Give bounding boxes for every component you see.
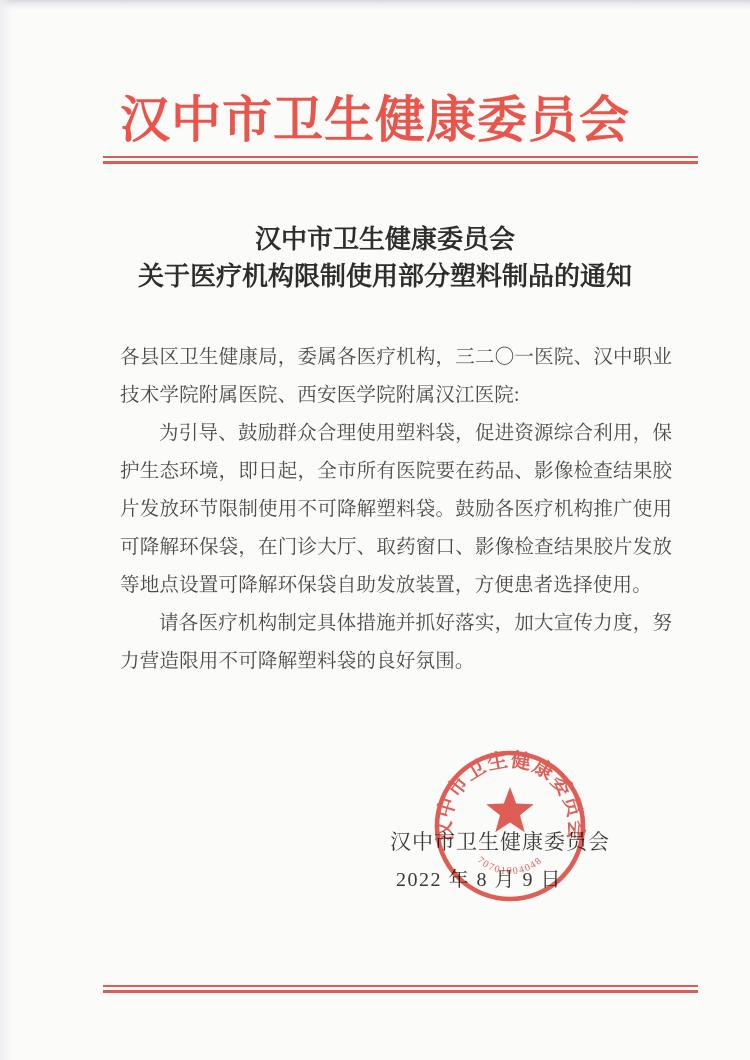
scanned-document-page: { "theme": { "paper": "#fbfbfa", "header… [0, 0, 750, 1060]
body-line: 为引导、鼓励群众合理使用塑料袋，促进资源综合利用，保 [120, 415, 672, 453]
notice-title-line1: 汉中市卫生健康委员会 [60, 221, 710, 258]
svg-text:70701004048: 70701004048 [475, 855, 545, 877]
body-line: 技术学院附属医院、西安医学院附属汉江医院: [120, 377, 672, 415]
body-line: 等地点设置可降解环保袋自助发放装置，方便患者选择使用。 [120, 567, 672, 605]
body-line: 各县区卫生健康局，委属各医疗机构，三二〇一医院、汉中职业 [120, 339, 672, 377]
letterhead-org-name: 汉中市卫生健康委员会 [0, 80, 750, 152]
body-line: 力营造限用不可降解塑料袋的良好氛围。 [120, 643, 672, 681]
body-line: 片发放环节限制使用不可降解塑料袋。鼓励各医疗机构推广使用 [120, 491, 672, 529]
scan-edge-top [0, 0, 750, 10]
body-line: 请各医疗机构制定具体措施并抓好落实，加大宣传力度，努 [120, 605, 672, 643]
footer-divider [103, 985, 698, 993]
notice-title: 汉中市卫生健康委员会 关于医疗机构限制使用部分塑料制品的通知 [60, 221, 710, 295]
body-line: 可降解环保袋，在门诊大厅、取药窗口、影像检查结果胶片发放 [120, 529, 672, 567]
seal-star-icon [486, 787, 534, 832]
letterhead-divider [103, 156, 698, 164]
notice-body: 各县区卫生健康局，委属各医疗机构，三二〇一医院、汉中职业 技术学院附属医院、西安… [120, 339, 672, 681]
seal-code: 70701004048 [475, 855, 545, 877]
scan-edge-left [0, 0, 12, 1060]
body-line: 护生态环境，即日起，全市所有医院要在药品、影像检查结果胶 [120, 453, 672, 491]
notice-title-line2: 关于医疗机构限制使用部分塑料制品的通知 [60, 258, 710, 295]
official-seal: 汉中市卫生健康委员会 70701004048 [432, 748, 588, 904]
